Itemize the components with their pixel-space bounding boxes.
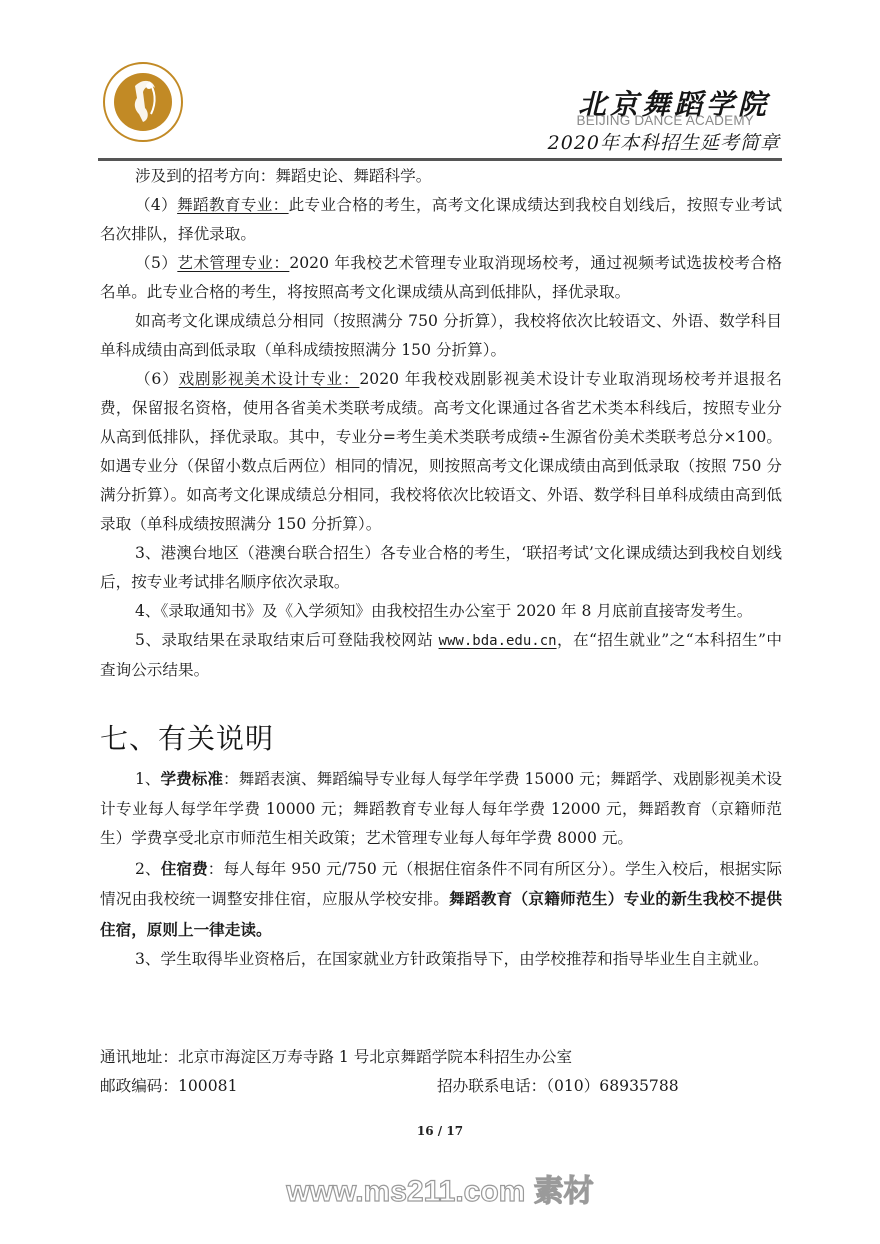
- paragraph: 4、《录取通知书》及《入学须知》由我校招生办公室于 2020 年 8 月底前直接…: [100, 597, 782, 626]
- paragraph: 涉及到的招考方向：舞蹈史论、舞蹈科学。: [100, 162, 782, 191]
- paragraph: 3、港澳台地区（港澳台联合招生）各专业合格的考生，‘联招考试’文化课成绩达到我校…: [100, 539, 782, 597]
- paragraph-text: 5、录取结果在录取结束后可登陆我校网站: [135, 631, 439, 649]
- paragraph: 2、住宿费：每人每年 950 元/750 元（根据住宿条件不同有所区分）。学生入…: [100, 854, 782, 946]
- paragraph: （5）艺术管理专业：2020 年我校艺术管理专业取消现场校考，通过视频考试选拔校…: [100, 249, 782, 307]
- notes-text: 1、学费标准：舞蹈表演、舞蹈编导专业每人每学年学费 15000 元；舞蹈学、戏剧…: [100, 764, 782, 975]
- paragraph-text: 3、学生取得毕业资格后，在国家就业方针政策指导下，由学校推荐和指导毕业生自主就业…: [135, 950, 769, 968]
- paragraph-text: 涉及到的招考方向：舞蹈史论、舞蹈科学。: [135, 167, 431, 185]
- paragraph-text: 2020 年我校戏剧影视美术设计专业取消现场校考并退报名费，保留报名资格，使用各…: [100, 370, 782, 533]
- paragraph-text: 如高考文化课成绩总分相同（按照满分 750 分折算），我校将依次比较语文、外语、…: [100, 312, 782, 359]
- item-number: 1、: [135, 770, 161, 788]
- watermark: www.ms211.com 素材: [0, 1166, 880, 1210]
- paragraph: （4）舞蹈教育专业：此专业合格的考生，高考文化课成绩达到我校自划线后，按照专业考…: [100, 191, 782, 249]
- item-label: 住宿费: [161, 859, 208, 878]
- academy-logo: [103, 62, 183, 142]
- section-title: 七、有关说明: [100, 717, 274, 757]
- page-number: 16 / 17: [0, 1124, 880, 1138]
- item-label: 学费标准: [161, 769, 223, 788]
- contact-row: 邮政编码：100081 招办联系电话：（010）68935788: [100, 1072, 782, 1101]
- contact-info: 通讯地址：北京市海淀区万寿寺路 1 号北京舞蹈学院本科招生办公室 邮政编码：10…: [100, 1043, 782, 1101]
- item-number: （6）: [135, 370, 179, 388]
- phone-number: 招办联系电话：（010）68935788: [437, 1072, 679, 1101]
- dancer-figure-icon: [105, 64, 181, 140]
- mailing-address: 通讯地址：北京市海淀区万寿寺路 1 号北京舞蹈学院本科招生办公室: [100, 1043, 782, 1072]
- brand-name-en: BEIJING DANCE ACADEMY: [577, 113, 755, 128]
- admission-rules-text: 涉及到的招考方向：舞蹈史论、舞蹈科学。 （4）舞蹈教育专业：此专业合格的考生，高…: [100, 162, 782, 685]
- major-name: 舞蹈教育专业：: [177, 196, 288, 214]
- paragraph: 1、学费标准：舞蹈表演、舞蹈编导专业每人每学年学费 15000 元；舞蹈学、戏剧…: [100, 764, 782, 854]
- paragraph: 5、录取结果在录取结束后可登陆我校网站 www.bda.edu.cn，在“招生就…: [100, 626, 782, 685]
- postal-code: 邮政编码：100081: [100, 1072, 437, 1101]
- paragraph-text: 3、港澳台地区（港澳台联合招生）各专业合格的考生，‘联招考试’文化课成绩达到我校…: [100, 544, 782, 591]
- paragraph-text: 4、《录取通知书》及《入学须知》由我校招生办公室于 2020 年 8 月底前直接…: [135, 602, 752, 620]
- major-name: 戏剧影视美术设计专业：: [179, 370, 360, 388]
- header-divider: [98, 158, 782, 161]
- website-link[interactable]: www.bda.edu.cn: [439, 633, 557, 649]
- document-page: 北京舞蹈学院 BEIJING DANCE ACADEMY 2020年本科招生延考…: [0, 0, 880, 1244]
- item-number: （5）: [135, 254, 177, 272]
- item-number: （4）: [135, 196, 177, 214]
- item-number: 2、: [135, 860, 161, 878]
- paragraph: 3、学生取得毕业资格后，在国家就业方针政策指导下，由学校推荐和指导毕业生自主就业…: [100, 945, 782, 975]
- paragraph: 如高考文化课成绩总分相同（按照满分 750 分折算），我校将依次比较语文、外语、…: [100, 307, 782, 365]
- major-name: 艺术管理专业：: [177, 254, 289, 272]
- paragraph: （6）戏剧影视美术设计专业：2020 年我校戏剧影视美术设计专业取消现场校考并退…: [100, 365, 782, 539]
- document-subtitle: 2020年本科招生延考简章: [548, 128, 780, 155]
